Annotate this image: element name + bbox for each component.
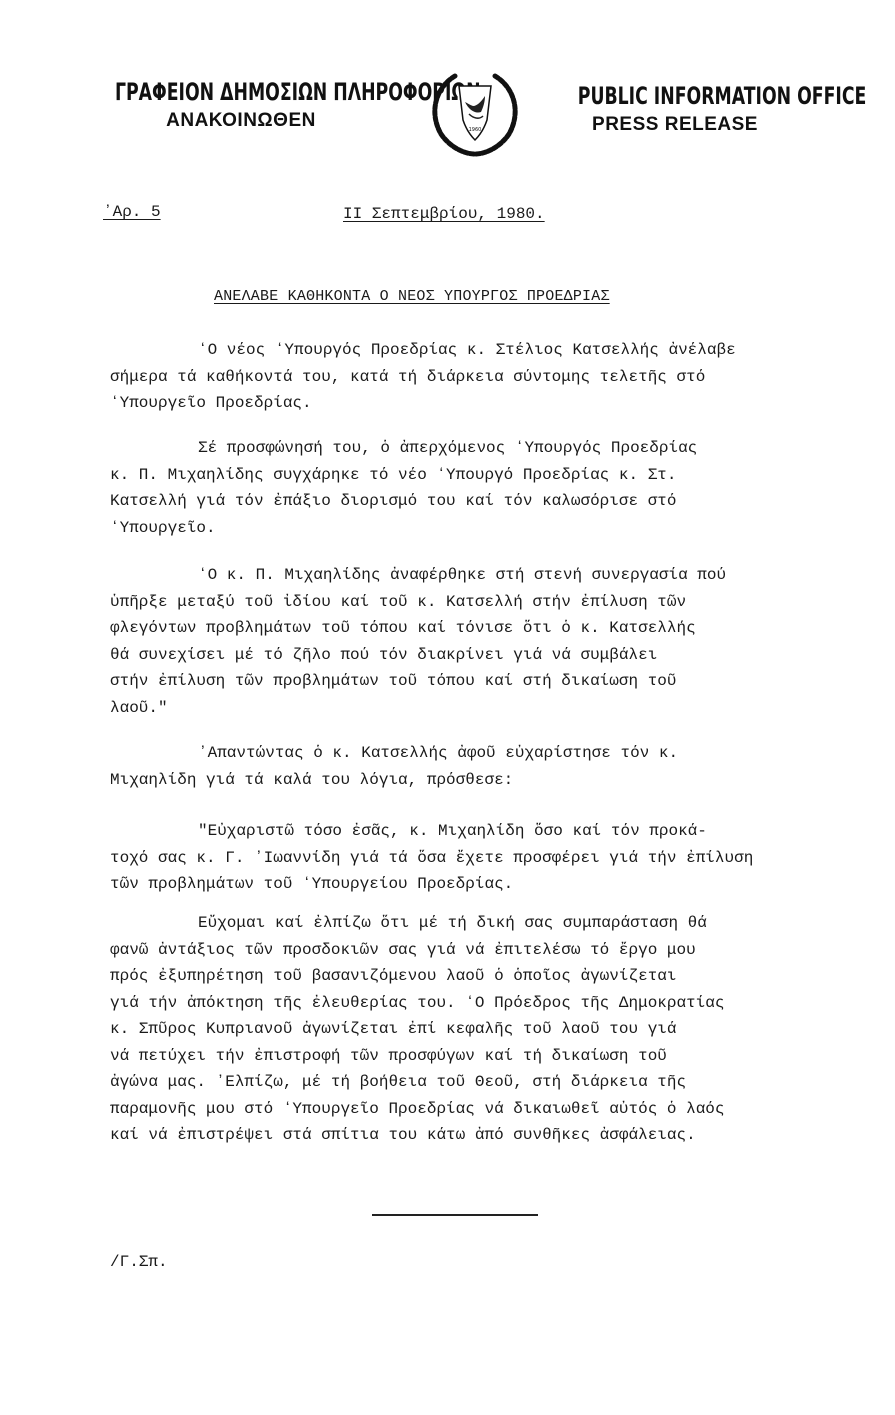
greek-office-name: ΓΡΑΦΕΙΟΝ ΔΗΜΟΣΙΩΝ ΠΛΗΡΟΦΟΡΙΩΝ <box>115 78 367 106</box>
quoted-paragraph: Εὔχομαι καί ἐλπίζω ὅτι μέ τή δική σας συ… <box>110 910 850 1149</box>
paragraph-line: ʼΑπαντώντας ὁ κ. Κατσελλής ἀφοῦ εὐχαρίστ… <box>110 740 850 767</box>
paragraph-line: φλεγόντων προβλημάτων τοῦ τόπου καί τόνι… <box>110 615 850 642</box>
english-office-name: PUBLIC INFORMATION OFFICE <box>578 82 772 110</box>
paragraph-line: ʻΟ κ. Π. Μιχαηλίδης ἀναφέρθηκε στή στενή… <box>110 562 850 589</box>
quoted-paragraph: "Εὐχαριστῶ τόσο ἐσᾶς, κ. Μιχαηλίδη ὅσο κ… <box>110 818 850 898</box>
body-paragraph: ʻΟ κ. Π. Μιχαηλίδης ἀναφέρθηκε στή στενή… <box>110 562 850 721</box>
paragraph-line: θά συνεχίσει μέ τό ζῆλο πού τόν διακρίνε… <box>110 642 850 669</box>
paragraph-line: ʻΟ νέος ʻΥπουργός Προεδρίας κ. Στέλιος Κ… <box>110 337 850 364</box>
headline: ΑΝΕΛΑΒΕ ΚΑΘΗΚΟΝΤΑ Ο ΝΕΟΣ ΥΠΟΥΡΓΟΣ ΠΡΟΕΔΡ… <box>214 288 610 305</box>
paragraph-line: γιά τήν ἀπόκτηση τῆς ἐλευθερίας του. ʻΟ … <box>110 990 850 1017</box>
paragraph-line: Σέ προσφώνησή του, ὁ ἀπερχόμενος ʻΥπουργ… <box>110 435 850 462</box>
body-paragraph: ʻΟ νέος ʻΥπουργός Προεδρίας κ. Στέλιος Κ… <box>110 337 850 417</box>
letterhead-greek: ΓΡΑΦΕΙΟΝ ΔΗΜΟΣΙΩΝ ΠΛΗΡΟΦΟΡΙΩΝ ΑΝΑΚΟΙΝΩΘΕ… <box>66 78 416 132</box>
release-date: ΙΙ Σεπτεμβρίου, 1980. <box>343 205 545 223</box>
paragraph-line: κ. Σπῦρος Κυπριανοῦ ἀγωνίζεται ἐπί κεφαλ… <box>110 1016 850 1043</box>
paragraph-line: νά πετύχει τήν ἐπιστροφή τῶν προσφύγων κ… <box>110 1043 850 1070</box>
paragraph-line: κ. Π. Μιχαηλίδης συγχάρηκε τό νέο ʻΥπουρ… <box>110 462 850 489</box>
letterhead-english: PUBLIC INFORMATION OFFICE PRESS RELEASE <box>540 82 810 136</box>
paragraph-line: φανῶ ἀντάξιος τῶν προσδοκιῶν σας γιά νά … <box>110 937 850 964</box>
emblem-year: 1960 <box>469 127 482 133</box>
closing-divider <box>372 1214 538 1216</box>
paragraph-line: Εὔχομαι καί ἐλπίζω ὅτι μέ τή δική σας συ… <box>110 910 850 937</box>
paragraph-line: Μιχαηλίδη γιά τά καλά του λόγια, πρόσθεσ… <box>110 767 850 794</box>
paragraph-line: καί νά ἐπιστρέψει στά σπίτια του κάτω ἀπ… <box>110 1122 850 1149</box>
cyprus-coat-of-arms-icon: 1960 <box>425 68 525 158</box>
paragraph-line: Κατσελλή γιά τόν ἐπάξιο διορισμό του καί… <box>110 488 850 515</box>
paragraph-line: στήν ἐπίλυση τῶν προβλημάτων τοῦ τόπου κ… <box>110 668 850 695</box>
typist-initials: /Γ.Σπ. <box>110 1253 168 1271</box>
paragraph-line: ʻΥπουργεῖο. <box>110 515 850 542</box>
release-number: ʼΑρ. 5 <box>103 203 161 221</box>
paragraph-line: "Εὐχαριστῶ τόσο ἐσᾶς, κ. Μιχαηλίδη ὅσο κ… <box>110 818 850 845</box>
paragraph-line: λαοῦ." <box>110 695 850 722</box>
paragraph-line: πρός ἐξυπηρέτηση τοῦ βασανιζόμενου λαοῦ … <box>110 963 850 990</box>
paragraph-line: σήμερα τά καθήκοντά του, κατά τή διάρκει… <box>110 364 850 391</box>
paragraph-line: ἀγώνα μας. ʼΕλπίζω, μέ τή βοήθεια τοῦ Θε… <box>110 1069 850 1096</box>
paragraph-line: τῶν προβλημάτων τοῦ ʻΥπουργείου Προεδρία… <box>110 871 850 898</box>
paragraph-line: τοχό σας κ. Γ. ʼΙωαννίδη γιά τά ὅσα ἔχετ… <box>110 845 850 872</box>
greek-press-release-label: ΑΝΑΚΟΙΝΩΘΕΝ <box>66 110 416 132</box>
english-press-release-label: PRESS RELEASE <box>540 114 810 136</box>
body-paragraph: Σέ προσφώνησή του, ὁ ἀπερχόμενος ʻΥπουργ… <box>110 435 850 541</box>
paragraph-line: παραμονῆς μου στό ʻΥπουργεῖο Προεδρίας ν… <box>110 1096 850 1123</box>
paragraph-line: ὑπῆρξε μεταξύ τοῦ ἰδίου καί τοῦ κ. Κατσε… <box>110 589 850 616</box>
paragraph-line: ʻΥπουργεῖο Προεδρίας. <box>110 390 850 417</box>
body-paragraph: ʼΑπαντώντας ὁ κ. Κατσελλής ἀφοῦ εὐχαρίστ… <box>110 740 850 793</box>
